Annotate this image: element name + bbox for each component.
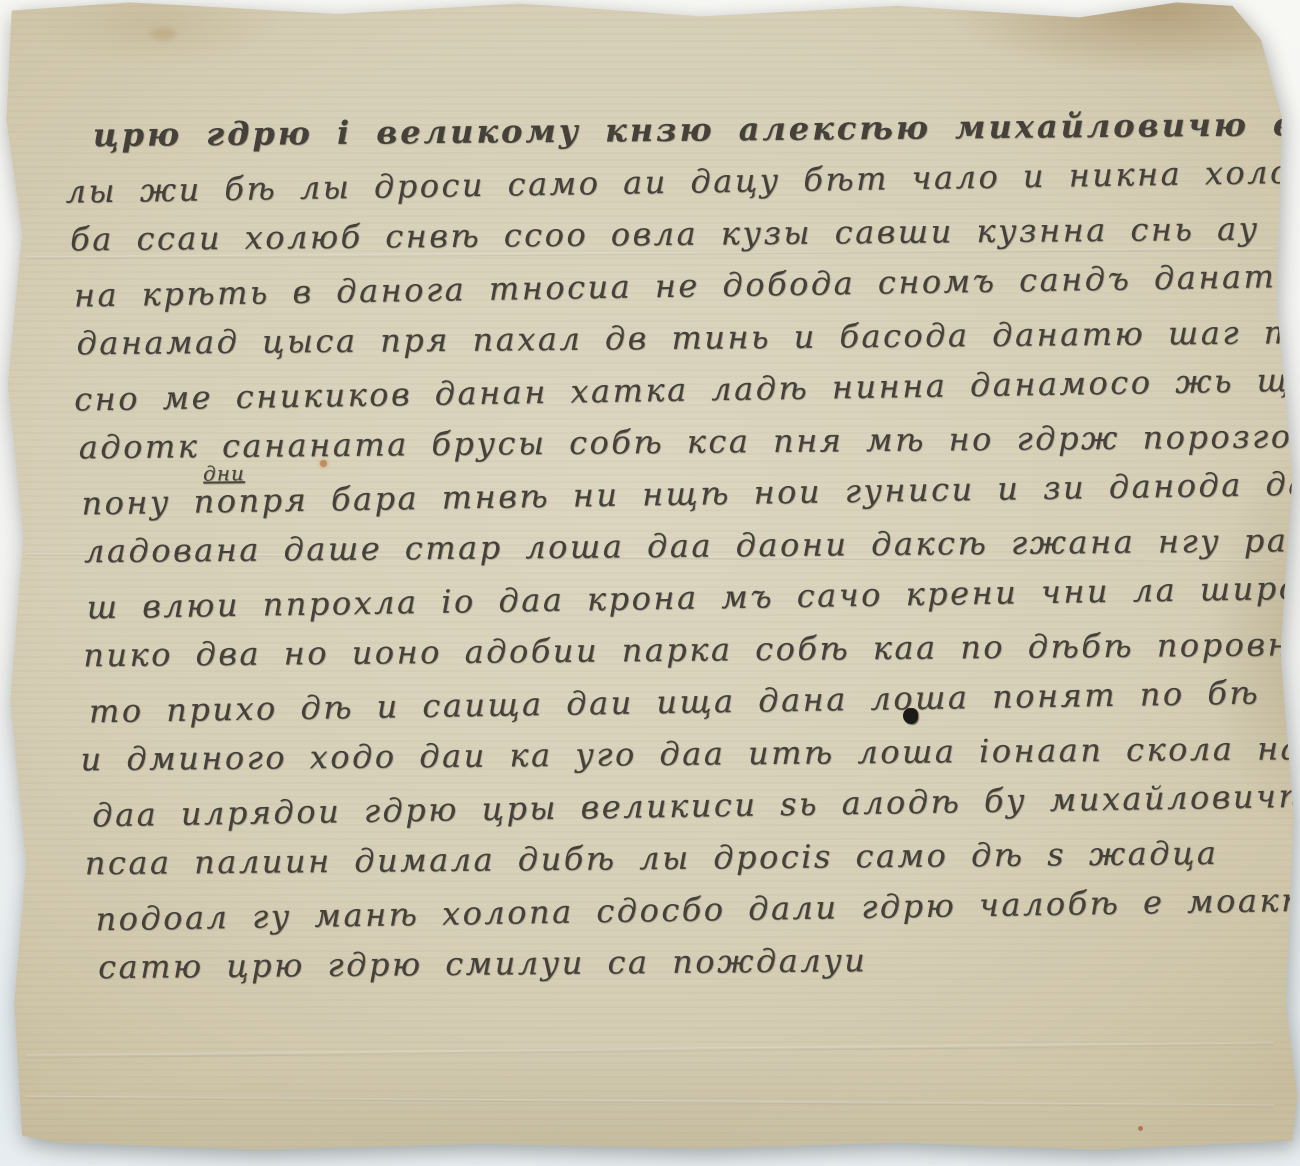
interlinear-superscript: дни: [203, 461, 245, 486]
manuscript-text-block: црю гдрю і великому кнзю алексѣю михайло…: [57, 97, 1280, 996]
manuscript-line: сатю црю гдрю смилуи са пождалуи: [98, 930, 1279, 993]
paper-crease: [26, 1096, 1274, 1108]
scanned-manuscript: црю гдрю і великому кнзю алексѣю михайло…: [0, 0, 1300, 1166]
paper-crease: [26, 1041, 1274, 1058]
paper-stain: [150, 28, 176, 40]
ink-blot: [903, 708, 918, 724]
rust-speck: [1138, 1126, 1143, 1131]
paper-sheet: црю гдрю і великому кнзю алексѣю михайло…: [0, 0, 1300, 1166]
paper-sheet-wrapper: црю гдрю і великому кнзю алексѣю михайло…: [0, 0, 1300, 1166]
